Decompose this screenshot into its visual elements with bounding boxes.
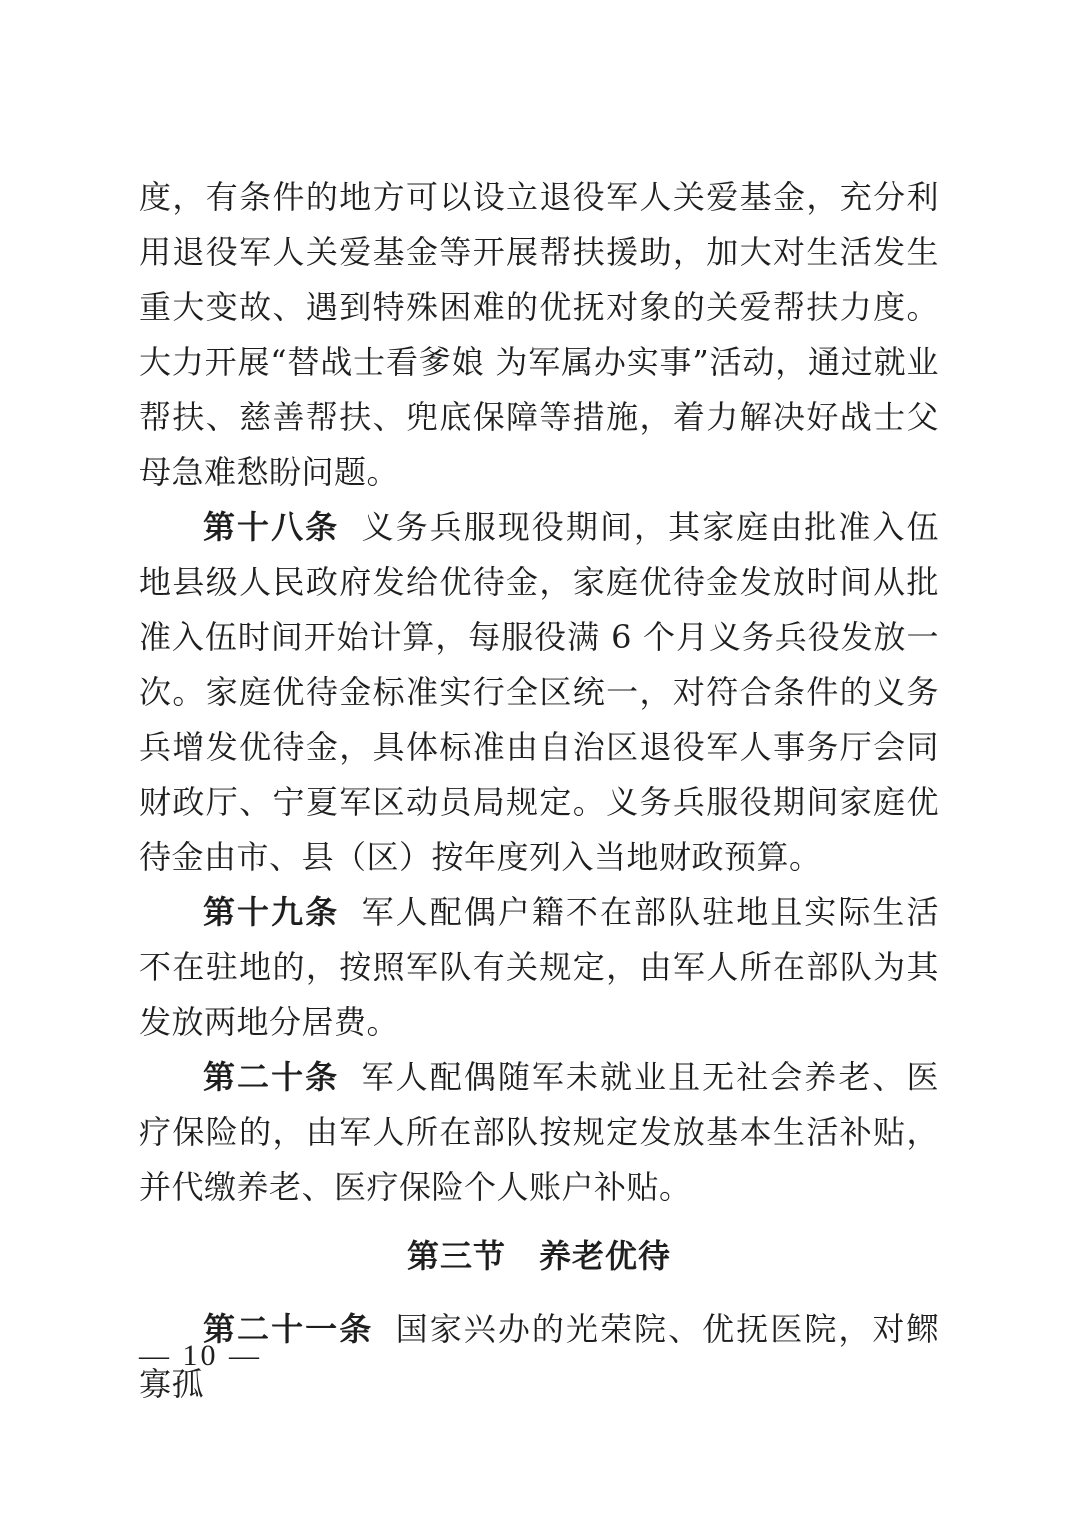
document-page: 度，有条件的地方可以设立退役军人关爱基金，充分利用退役军人关爱基金等开展帮扶援助… — [0, 0, 1074, 1514]
page-number: — 10 — — [139, 1338, 262, 1374]
paragraph: 第二十条军人配偶随军未就业且无社会养老、医疗保险的，由军人所在部队按规定发放基本… — [139, 1050, 939, 1215]
document-body: 度，有条件的地方可以设立退役军人关爱基金，充分利用退役军人关爱基金等开展帮扶援助… — [139, 170, 939, 1412]
article-number: 第二十条 — [203, 1058, 339, 1096]
article-number: 第十九条 — [203, 893, 339, 931]
section-heading: 第三节 养老优待 — [139, 1229, 939, 1284]
paragraph: 第十九条军人配偶户籍不在部队驻地且实际生活不在驻地的，按照军队有关规定，由军人所… — [139, 885, 939, 1050]
paragraph-text: 义务兵服现役期间，其家庭由批准入伍地县级人民政府发给优待金，家庭优待金发放时间从… — [139, 508, 939, 876]
paragraph: 第十八条义务兵服现役期间，其家庭由批准入伍地县级人民政府发给优待金，家庭优待金发… — [139, 500, 939, 885]
paragraph-text: 度，有条件的地方可以设立退役军人关爱基金，充分利用退役军人关爱基金等开展帮扶援助… — [139, 178, 939, 491]
article-number: 第十八条 — [203, 508, 339, 546]
paragraph: 度，有条件的地方可以设立退役军人关爱基金，充分利用退役军人关爱基金等开展帮扶援助… — [139, 170, 939, 500]
